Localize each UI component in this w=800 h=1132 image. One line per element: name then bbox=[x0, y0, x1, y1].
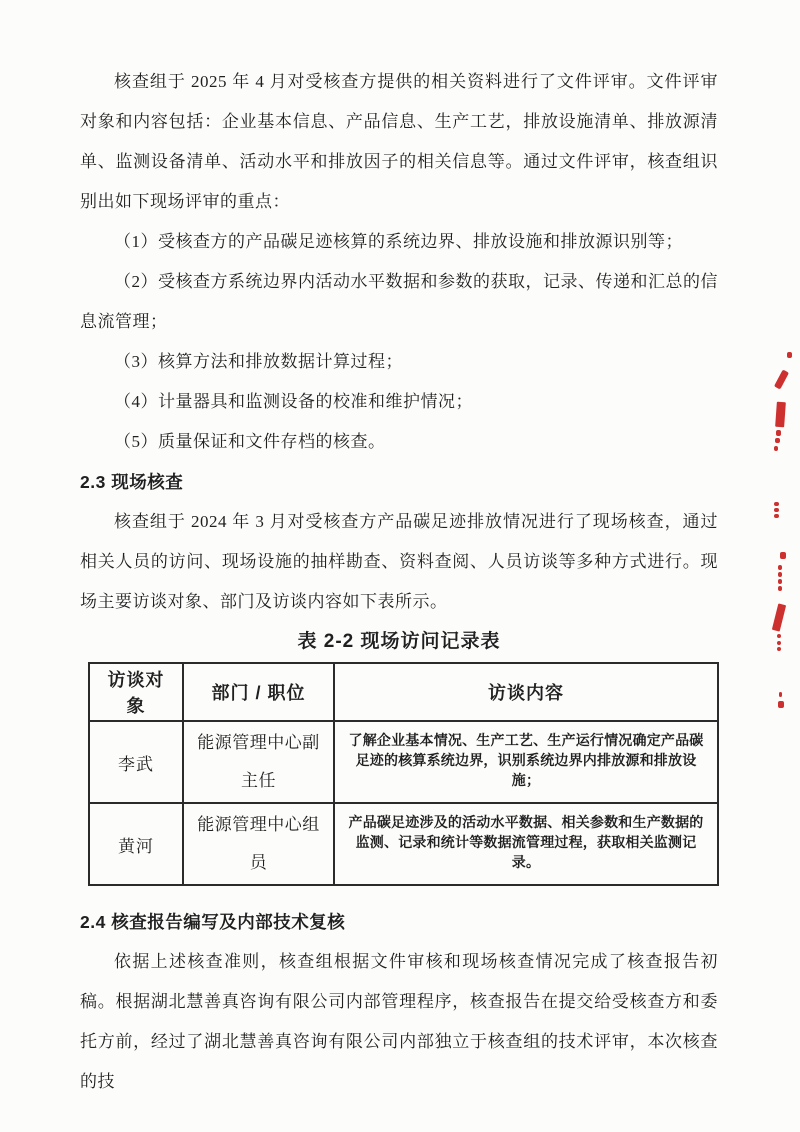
interviewee-role: 能源管理中心副主任 bbox=[183, 721, 334, 803]
col-header-interview-content: 访谈内容 bbox=[334, 663, 718, 721]
seal-mark bbox=[774, 446, 778, 451]
col-header-interviewee: 访谈对象 bbox=[89, 663, 183, 721]
list-item-1: （1）受核查方的产品碳足迹核算的系统边界、排放设施和排放源识别等； bbox=[80, 222, 718, 262]
list-item-4: （4）计量器具和监测设备的校准和维护情况； bbox=[80, 382, 718, 422]
section-heading-2-4: 2.4 核查报告编写及内部技术复核 bbox=[80, 902, 718, 942]
seal-mark bbox=[778, 579, 782, 584]
interview-content: 了解企业基本情况、生产工艺、生产运行情况确定产品碳足迹的核算系统边界，识别系统边… bbox=[334, 721, 718, 803]
paragraph-report-drafting: 依据上述核查准则，核查组根据文件审核和现场核查情况完成了核查报告初稿。根据湖北慧… bbox=[80, 942, 718, 1102]
paragraph-file-review: 核查组于 2025 年 4 月对受核查方提供的相关资料进行了文件评审。文件评审对… bbox=[80, 62, 718, 222]
interviewee-name: 李武 bbox=[89, 721, 183, 803]
document-page: 核查组于 2025 年 4 月对受核查方提供的相关资料进行了文件评审。文件评审对… bbox=[0, 0, 800, 1132]
list-item-5: （5）质量保证和文件存档的核查。 bbox=[80, 422, 718, 462]
table-title: 表 2-2 现场访问记录表 bbox=[80, 622, 718, 662]
seal-mark bbox=[774, 508, 779, 512]
seal-mark bbox=[776, 430, 781, 436]
seal-mark bbox=[787, 352, 792, 358]
seal-mark bbox=[772, 603, 786, 631]
interview-content: 产品碳足迹涉及的活动水平数据、相关参数和生产数据的监测、记录和统计等数据流管理过… bbox=[334, 803, 718, 885]
section-heading-2-3: 2.3 现场核查 bbox=[80, 462, 718, 502]
seal-mark bbox=[777, 647, 781, 651]
col-header-department-position: 部门 / 职位 bbox=[183, 663, 334, 721]
seal-mark bbox=[778, 565, 782, 570]
seal-mark bbox=[774, 514, 779, 518]
table-header-row: 访谈对象 部门 / 职位 访谈内容 bbox=[89, 663, 718, 721]
seal-mark bbox=[774, 369, 789, 389]
seal-mark bbox=[775, 402, 786, 428]
seal-mark bbox=[778, 572, 782, 577]
site-visit-record-table: 访谈对象 部门 / 职位 访谈内容 李武 能源管理中心副主任 了解企业基本情况、… bbox=[88, 662, 719, 886]
seal-mark bbox=[777, 641, 781, 645]
paragraph-site-verification: 核查组于 2024 年 3 月对受核查方产品碳足迹排放情况进行了现场核查，通过相… bbox=[80, 502, 718, 622]
seal-mark bbox=[778, 586, 782, 591]
interviewee-role: 能源管理中心组员 bbox=[183, 803, 334, 885]
list-item-3: （3）核算方法和排放数据计算过程； bbox=[80, 342, 718, 382]
page-content: 核查组于 2025 年 4 月对受核查方提供的相关资料进行了文件评审。文件评审对… bbox=[80, 62, 718, 1102]
seal-mark bbox=[780, 552, 786, 559]
list-item-2: （2）受核查方系统边界内活动水平数据和参数的获取，记录、传递和汇总的信息流管理； bbox=[80, 262, 718, 342]
table-row: 黄河 能源管理中心组员 产品碳足迹涉及的活动水平数据、相关参数和生产数据的监测、… bbox=[89, 803, 718, 885]
seal-mark bbox=[775, 438, 780, 443]
table-row: 李武 能源管理中心副主任 了解企业基本情况、生产工艺、生产运行情况确定产品碳足迹… bbox=[89, 721, 718, 803]
seal-mark bbox=[779, 692, 782, 697]
seal-mark bbox=[774, 502, 779, 506]
interviewee-name: 黄河 bbox=[89, 803, 183, 885]
seal-mark bbox=[778, 701, 784, 708]
seal-mark bbox=[777, 634, 781, 638]
